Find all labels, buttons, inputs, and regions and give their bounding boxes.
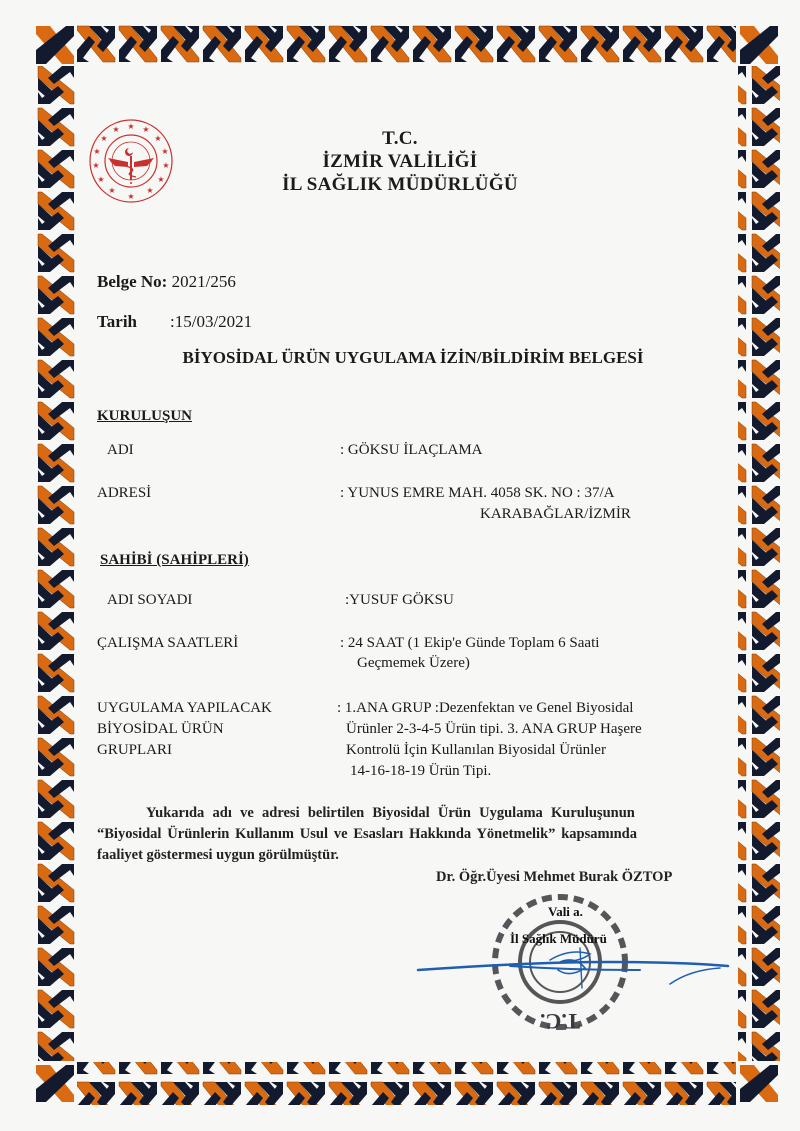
working-hours-line2: Geçmemek Üzere) <box>357 655 470 672</box>
approval-text-line1: Yukarıda adı ve adresi belirtilen Biyosi… <box>146 805 635 822</box>
working-hours-label: ÇALIŞMA SAATLERİ <box>97 635 238 652</box>
signatory-title-line1: Vali a. <box>548 904 583 920</box>
header-province: İZMİR VALİLİĞİ <box>0 151 800 173</box>
document-number-value: 2021/256 <box>172 272 236 291</box>
product-groups-label-line1: UYGULAMA YAPILACAK <box>97 700 272 717</box>
approval-text-line3: faaliyet göstermesi uygun görülmüştür. <box>97 847 339 864</box>
product-groups-line4: 14-16-18-19 Ürün Tipi. <box>350 763 491 780</box>
document-number-label: Belge No: <box>97 272 167 291</box>
org-name-label: ADI <box>107 442 134 459</box>
stamp-text: T.C. <box>540 1009 580 1034</box>
section-heading-owner: SAHİBİ (SAHİPLERİ) <box>100 552 249 569</box>
owner-name-value: :YUSUF GÖKSU <box>345 592 454 609</box>
org-name-value: : GÖKSU İLAÇLAMA <box>340 442 483 459</box>
org-address-line1: : YUNUS EMRE MAH. 4058 SK. NO : 37/A <box>340 485 614 502</box>
handwritten-signature <box>410 940 730 1000</box>
product-groups-line3: Kontrolü İçin Kullanılan Biyosidal Ürünl… <box>346 742 606 759</box>
header-directorate: İL SAĞLIK MÜDÜRLÜĞÜ <box>0 174 800 196</box>
date-value: :15/03/2021 <box>170 312 252 332</box>
product-groups-label-line3: GRUPLARI <box>97 742 172 759</box>
working-hours-line1: : 24 SAAT (1 Ekip'e Günde Toplam 6 Saati <box>340 635 599 652</box>
org-address-label: ADRESİ <box>97 485 151 502</box>
section-heading-organization: KURULUŞUN <box>97 408 192 425</box>
product-groups-line2: Ürünler 2-3-4-5 Ürün tipi. 3. ANA GRUP H… <box>346 721 642 738</box>
document-title: BİYOSİDAL ÜRÜN UYGULAMA İZİN/BİLDİRİM BE… <box>0 348 800 368</box>
approval-text-line2: “Biyosidal Ürünlerin Kullanım Usul ve Es… <box>97 826 637 843</box>
signatory-name: Dr. Öğr.Üyesi Mehmet Burak ÖZTOP <box>436 869 672 886</box>
document-number: Belge No: 2021/256 <box>97 272 236 292</box>
date-label: Tarih <box>97 312 137 332</box>
owner-name-label: ADI SOYADI <box>107 592 192 609</box>
product-groups-label-line2: BİYOSİDAL ÜRÜN <box>97 721 224 738</box>
org-address-line2: KARABAĞLAR/İZMİR <box>480 506 631 523</box>
header-tc: T.C. <box>0 128 800 150</box>
product-groups-line1: : 1.ANA GRUP :Dezenfektan ve Genel Biyos… <box>337 700 633 717</box>
